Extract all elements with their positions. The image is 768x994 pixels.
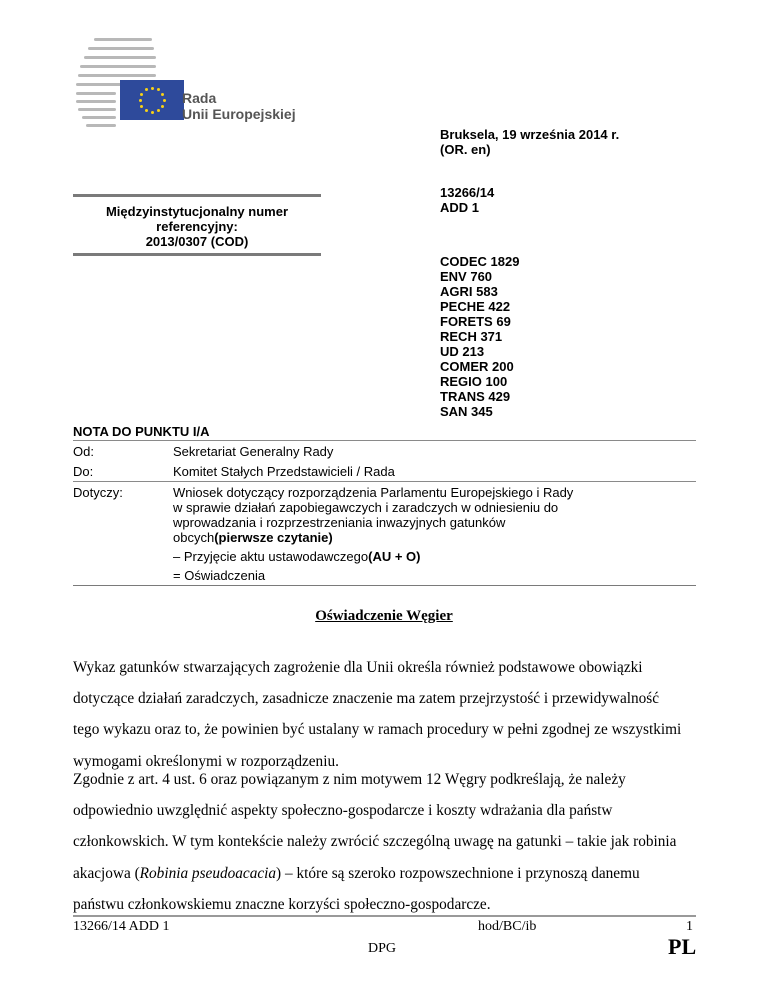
subject-line: wprowadzania i rozprzestrzeniania inwazy… (173, 515, 696, 530)
footer-initials: hod/BC/ib (478, 919, 536, 935)
footer-rule (73, 915, 696, 917)
adoption-text: – Przyjęcie aktu ustawodawczego (173, 549, 368, 564)
subject-line: Wniosek dotyczący rozporządzenia Parlame… (173, 485, 696, 500)
subject-line-text: obcych (173, 530, 214, 545)
paragraph-1: Wykaz gatunków stwarzających zagrożenie … (73, 652, 703, 777)
note-table: Od: Sekretariat Generalny Rady Do: Komit… (73, 440, 696, 586)
organization-name: Rada Unii Europejskiej (182, 90, 296, 122)
subject-line: w sprawie działań zapobiegawczych i zara… (173, 500, 696, 515)
adoption-line: – Przyjęcie aktu ustawodawczego(AU + O) (173, 549, 696, 564)
star-icon (161, 93, 164, 96)
location-date: Bruksela, 19 września 2014 r. (440, 127, 619, 142)
from-value: Sekretariat Generalny Rady (173, 444, 696, 459)
distribution-code: UD 213 (440, 344, 519, 359)
org-line-1: Rada (182, 90, 296, 106)
statement-heading: Oświadczenie Węgier (0, 608, 768, 625)
original-language: (OR. en) (440, 142, 619, 157)
star-icon (140, 105, 143, 108)
interinst-line-1: Międzyinstytucjonalny numer (73, 204, 321, 219)
addendum: ADD 1 (440, 200, 494, 215)
star-icon (157, 88, 160, 91)
subject-label: Dotyczy: (73, 485, 173, 583)
interinst-number: 2013/0307 (COD) (73, 234, 321, 249)
row-to: Do: Komitet Stałych Przedstawicieli / Ra… (73, 461, 696, 481)
distribution-code: REGIO 100 (440, 374, 519, 389)
distribution-code: ENV 760 (440, 269, 519, 284)
to-value: Komitet Stałych Przedstawicieli / Rada (173, 464, 696, 479)
interinstitutional-reference: Międzyinstytucjonalny numer referencyjny… (73, 194, 321, 256)
paragraph-2: Zgodnie z art. 4 ust. 6 oraz powiązanym … (73, 764, 703, 920)
p2-line: akacjowa (Robinia pseudoacacia) – które … (73, 858, 703, 889)
p1-line: Wykaz gatunków stwarzających zagrożenie … (73, 652, 703, 683)
distribution-code: SAN 345 (440, 404, 519, 419)
distribution-code: AGRI 583 (440, 284, 519, 299)
p2-line: Zgodnie z art. 4 ust. 6 oraz powiązanym … (73, 764, 703, 795)
star-icon (161, 105, 164, 108)
org-line-2: Unii Europejskiej (182, 106, 296, 122)
adoption-code: (AU + O) (368, 549, 420, 564)
row-subject: Dotyczy: Wniosek dotyczący rozporządzeni… (73, 481, 696, 585)
distribution-code: COMER 200 (440, 359, 519, 374)
footer-department: DPG (368, 941, 396, 957)
to-label: Do: (73, 464, 173, 479)
from-label: Od: (73, 444, 173, 459)
eu-flag-icon (120, 80, 184, 120)
distribution-code: RECH 371 (440, 329, 519, 344)
date-block: Bruksela, 19 września 2014 r. (OR. en) (440, 127, 619, 157)
interinst-line-2: referencyjny: (73, 219, 321, 234)
footer-language: PL (668, 934, 696, 960)
star-icon (151, 111, 154, 114)
statements-line: = Oświadczenia (173, 568, 696, 583)
distribution-code: FORETS 69 (440, 314, 519, 329)
star-icon (139, 99, 142, 102)
row-from: Od: Sekretariat Generalny Rady (73, 440, 696, 461)
distribution-code: TRANS 429 (440, 389, 519, 404)
star-icon (157, 109, 160, 112)
document-number: 13266/14 (440, 185, 494, 200)
codes-list: CODEC 1829ENV 760AGRI 583PECHE 422FORETS… (440, 254, 519, 419)
footer-doc-ref: 13266/14 ADD 1 (73, 919, 169, 935)
star-icon (145, 88, 148, 91)
p2-line: członkowskich. W tym kontekście należy z… (73, 826, 703, 857)
species-name: Robinia pseudoacacia (140, 865, 276, 882)
star-icon (151, 87, 154, 90)
note-title: NOTA DO PUNKTU I/A (73, 424, 210, 439)
p2-line: odpowiednio uwzględnić aspekty społeczno… (73, 795, 703, 826)
doc-number-block: 13266/14 ADD 1 (440, 185, 494, 215)
footer-page-number: 1 (686, 919, 693, 935)
star-icon (140, 93, 143, 96)
p1-line: tego wykazu oraz to, że powinien być ust… (73, 714, 703, 745)
distribution-code: PECHE 422 (440, 299, 519, 314)
reading-stage: (pierwsze czytanie) (214, 530, 333, 545)
p2-text: ) – które są szeroko rozpowszechnione i … (276, 865, 640, 882)
table-bottom-rule (73, 585, 696, 586)
subject-value: Wniosek dotyczący rozporządzenia Parlame… (173, 485, 696, 583)
distribution-code: CODEC 1829 (440, 254, 519, 269)
star-icon (145, 109, 148, 112)
p2-text: akacjowa ( (73, 865, 140, 882)
star-icon (163, 99, 166, 102)
subject-line: obcych(pierwsze czytanie) (173, 530, 696, 545)
p1-line: dotyczące działań zaradczych, zasadnicze… (73, 683, 703, 714)
